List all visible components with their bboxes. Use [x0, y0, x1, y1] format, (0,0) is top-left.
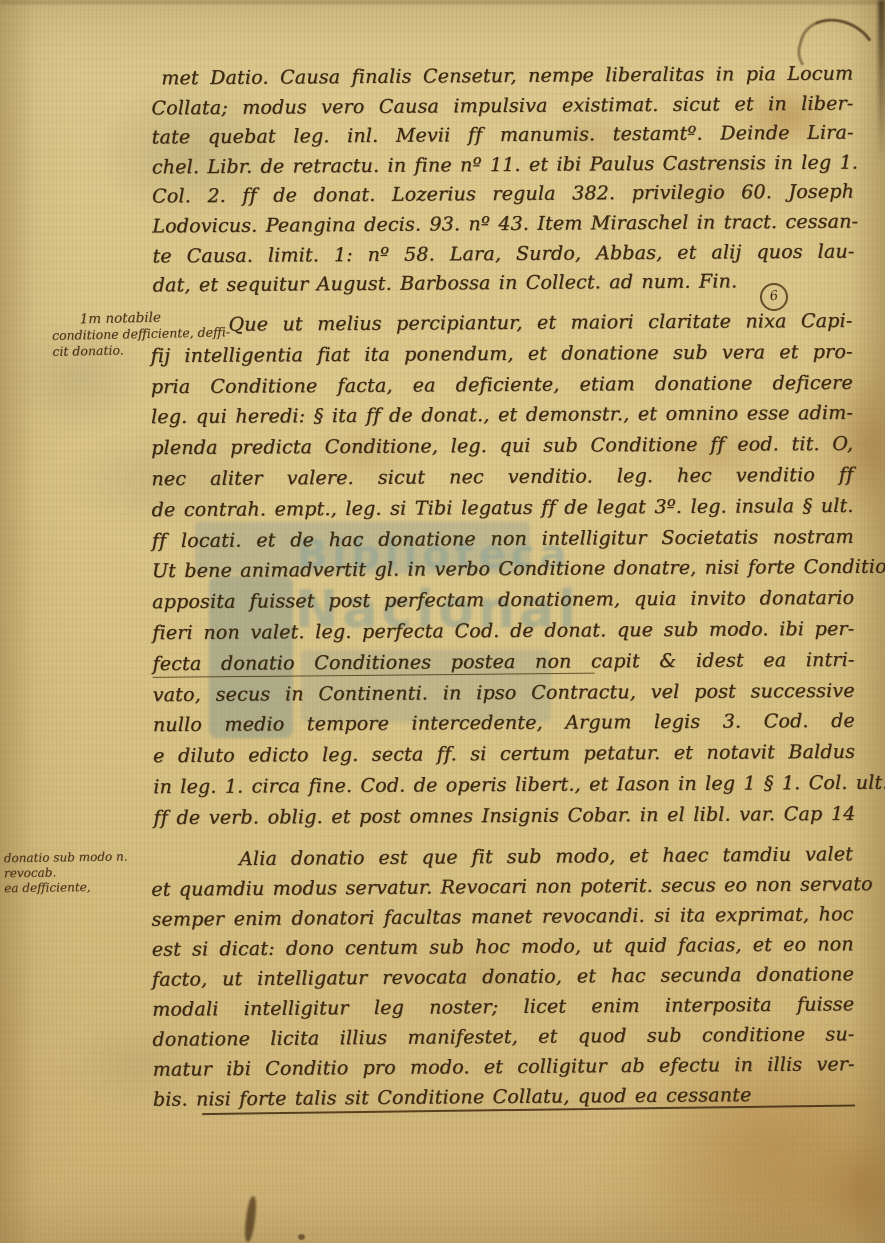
manuscript-page: Biblioteca Nacional 1m notabile conditio…: [0, 0, 885, 1243]
manuscript-line: apposita fuisset post perfectam donation…: [152, 583, 854, 618]
manuscript-line: Que ut melius percipiantur, et maiori cl…: [150, 306, 852, 341]
manuscript-line: fieri non valet. leg. perfecta Cod. de d…: [152, 614, 854, 649]
manuscript-line: nec aliter valere. sicut nec venditio. l…: [151, 460, 853, 495]
manuscript-line: te Causa. limit. 1: nº 58. Lara, Surdo, …: [152, 237, 854, 271]
manuscript-line-underlined: fecta donatio Conditiones postea non cap…: [152, 645, 854, 680]
manuscript-line: ff locati. et de hac donatione non intel…: [152, 521, 854, 556]
manuscript-line: Collata; modus vero Causa impulsiva exis…: [151, 89, 853, 123]
manuscript-line: fij intelligentia fiat ita ponendum, et …: [151, 337, 853, 372]
manuscript-line: Ut bene animadvertit gl. in verbo Condit…: [152, 552, 854, 587]
ink-dribble: [243, 1196, 258, 1243]
manuscript-line: tate quebat leg. inl. Mevii ff manumis. …: [152, 119, 854, 153]
ink-blot: [298, 1234, 305, 1240]
manuscript-line: e diluto edicto leg. secta ff. si certum…: [153, 737, 855, 772]
scan-edge-shadow: [0, 0, 885, 4]
paragraph-1: met Datio. Causa finalis Censetur, nempe…: [151, 60, 855, 302]
manuscript-line-underlined: bis. nisi forte talis sit Conditione Col…: [153, 1079, 855, 1115]
manuscript-line: ff de verb. oblig. et post omnes Insigni…: [153, 799, 855, 834]
manuscript-line: pria Conditione facta, ea deficiente, et…: [151, 367, 853, 402]
manuscript-line: chel. Libr. de retractu. in fine nº 11. …: [152, 148, 854, 182]
manuscript-line: nullo medio tempore intercedente, Argum …: [153, 706, 855, 741]
manuscript-line: vato, secus in Continenti. in ipso Contr…: [153, 675, 855, 710]
manuscript-line: Col. 2. ff de donat. Lozerius regula 382…: [152, 178, 854, 212]
manuscript-line: in leg. 1. circa fine. Cod. de operis li…: [153, 768, 855, 803]
manuscript-line: de contrah. empt., leg. si Tibi legatus …: [152, 491, 854, 526]
paragraph-3: Alia donatio est que fit sub modo, et ha…: [151, 839, 855, 1115]
stain: [820, 1140, 885, 1240]
manuscript-line: met Datio. Causa finalis Censetur, nempe…: [151, 60, 853, 94]
paragraph-2: Que ut melius percipiantur, et maiori cl…: [150, 306, 855, 834]
scan-edge-shadow: [878, 0, 885, 165]
manuscript-line: dat, et sequitur August. Barbossa in Col…: [153, 267, 855, 301]
manuscript-line: Lodovicus. Peangina decis. 93. nº 43. It…: [152, 208, 854, 242]
manuscript-line: leg. qui heredi: § ita ff de donat., et …: [151, 398, 853, 433]
manuscript-line: plenda predicta Conditione, leg. qui sub…: [151, 429, 853, 464]
